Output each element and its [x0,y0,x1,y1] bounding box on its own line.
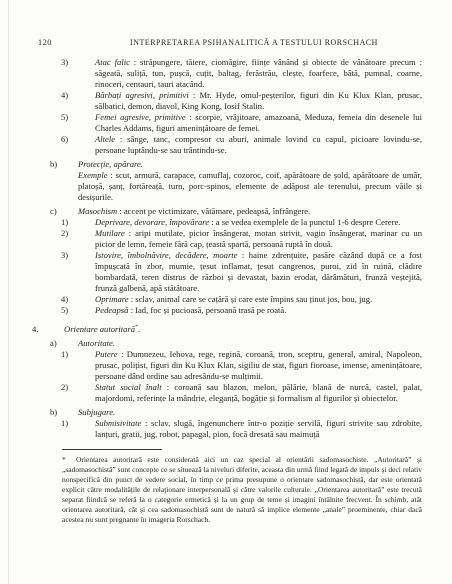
list-item-marker: 4) [78,294,95,305]
list-item-text: Deprivare, devorare, împovărare : a se v… [95,217,400,227]
list-item-text: Pedeapsă : Iad, foc și pucioasă, persoan… [95,305,286,315]
list-item: 2)Mutilare : aripi mutilate, picior însâ… [38,228,422,250]
list-item-text: Submisivitate : sclav, slugă, îngenunche… [95,418,422,439]
scan-edge [8,0,9,584]
list-item: 4)Bărbați agresivi, primitivi : Mr. Hyde… [38,90,422,112]
list-item-marker: 3) [78,250,95,261]
list-item-text: Oprimare : sclav, animal care se cațără … [95,294,372,304]
list-item-text: Femei agresive, primitive : scorpie, vră… [95,112,422,133]
list-item-text: Masochism : accent pe victimizare, vătăm… [78,206,310,216]
list-item-text: Autoritate. [78,338,115,348]
list-item: 1)Submisivitate : sclav, slugă, îngenunc… [38,418,422,440]
footnote: *Orientarea autoritară este considerată … [38,449,422,525]
book-page: 120 INTERPRETAREA PSIHANALITICĂ A TESTUL… [0,0,452,584]
list-item-marker: 2) [78,228,95,239]
list-item-marker: a) [64,338,78,349]
list-item: b)Protecție, apărare. [38,159,422,170]
list-item-marker: 1) [78,418,95,429]
list-item: Exemple : scut, armură, carapace, camufl… [38,170,422,203]
list-item-text: Protecție, apărare. [78,159,143,169]
list-item-text: Altele : sânge, tanc, compresor cu aburi… [95,134,422,155]
list-item-marker: c) [64,206,78,217]
page-header: 120 INTERPRETAREA PSIHANALITICĂ A TESTUL… [38,38,422,48]
list-item: 4)Oprimare : sclav, animal care se cațăr… [38,294,422,305]
list-item: 5)Pedeapsă : Iad, foc și pucioasă, perso… [38,305,422,316]
list-item: 1)Deprivare, devorare, împovărare : a se… [38,217,422,228]
list-item: 2)Statut social înalt : coroană sau blaz… [38,382,422,404]
list-item: c)Masochism : accent pe victimizare, văt… [38,206,422,217]
list-item: 1)Putere : Dumnezeu, Iehova, rege, regin… [38,349,422,382]
list-item-marker: 6) [78,134,95,145]
list-item-marker: b) [64,407,78,418]
list-item-marker: 5) [78,112,95,123]
footnote-text: *Orientarea autoritară este considerată … [38,455,422,525]
footnote-marker: * [62,455,76,465]
list-item-text: Statut social înalt : coroană sau blazon… [95,382,422,403]
list-item-text: Bărbați agresivi, primitivi : Mr. Hyde, … [95,90,422,111]
list-item-marker: b) [64,159,78,170]
list-item-text: Mutilare : aripi mutilate, picior însâng… [95,228,422,249]
list-item-marker: 2) [78,382,95,393]
list-item: 3)Istovire, îmbolnăvire, decădere, moart… [38,250,422,294]
list-item-marker: 4) [78,90,95,101]
footnote-rule [62,449,162,450]
list-item-text: Atac falic : străpungere, tăiere, ciomăg… [95,57,422,89]
list-item-text: Istovire, îmbolnăvire, decădere, moarte … [95,250,422,293]
list-item-marker: 5) [78,305,95,316]
footnote-body: Orientarea autoritară este considerată a… [62,455,422,524]
body-text: 3)Atac falic : străpungere, tăiere, ciom… [38,57,422,440]
list-item-text: Exemple : scut, armură, carapace, camufl… [78,170,422,202]
list-item: b)Subjugare. [38,407,422,418]
page-number: 120 [38,38,86,48]
list-item-text: Putere : Dumnezeu, Iehova, rege, regină,… [95,349,422,381]
running-title: INTERPRETAREA PSIHANALITICĂ A TESTULUI R… [86,38,422,48]
list-item-marker: 1) [78,217,95,228]
list-item: 6)Altele : sânge, tanc, compresor cu abu… [38,134,422,156]
list-item-marker: 3) [78,57,95,68]
list-item-marker: 4. [48,324,64,335]
list-item-text: Orientare autoritară*. [64,324,140,334]
list-item: a)Autoritate. [38,338,422,349]
list-item-marker: 1) [78,349,95,360]
list-item-text: Subjugare. [78,407,115,417]
footnote-reference-star: * [135,324,138,330]
list-item: 4.Orientare autoritară*. [38,324,422,335]
list-item: 5)Femei agresive, primitive : scorpie, v… [38,112,422,134]
list-item: 3)Atac falic : străpungere, tăiere, ciom… [38,57,422,90]
